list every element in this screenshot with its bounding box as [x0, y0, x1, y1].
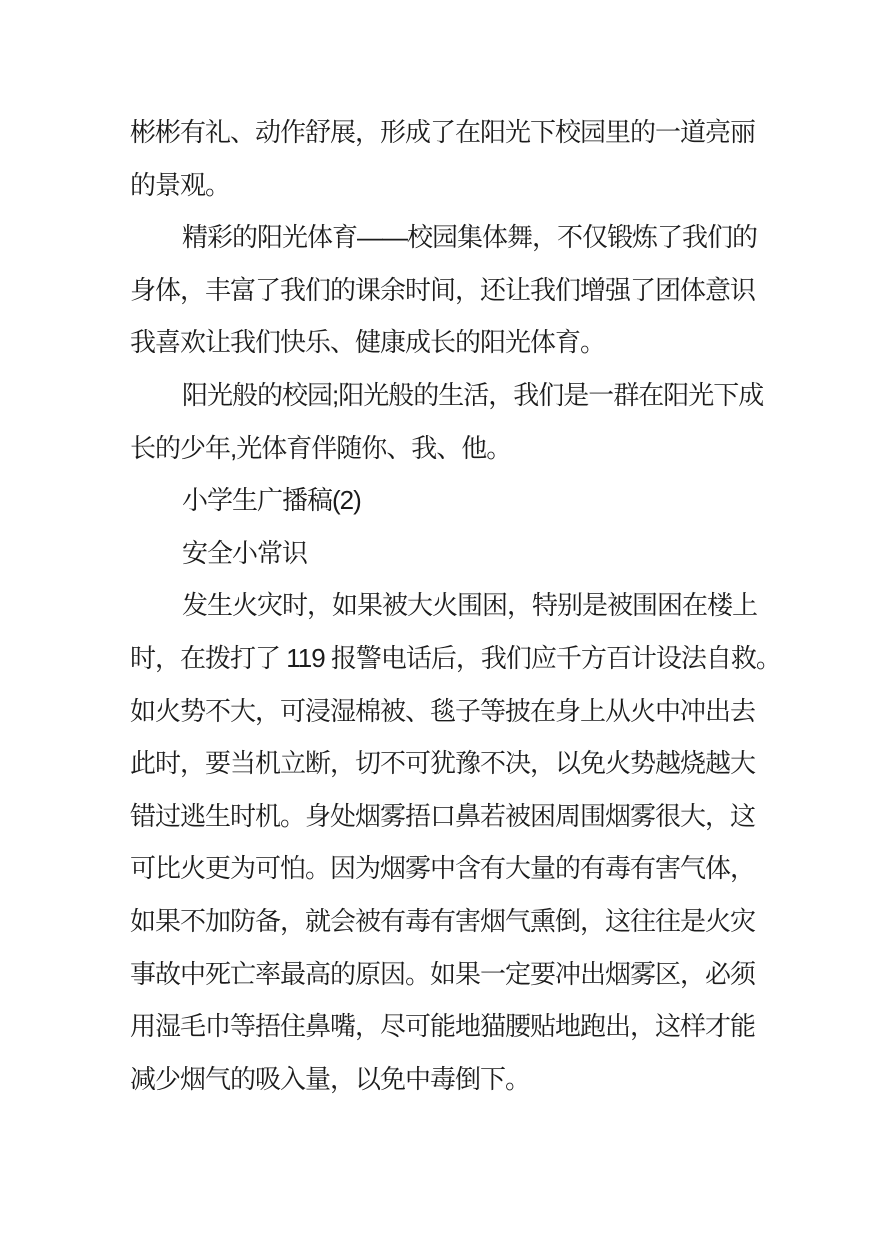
text-line: 彬彬有礼、动作舒展，形成了在阳光下校园里的一道亮丽 — [130, 106, 810, 159]
text-line: 如果不加防备，就会被有毒有害烟气熏倒，这往往是火灾 — [130, 895, 810, 948]
text-line: 此时，要当机立断，切不可犹豫不决，以免火势越烧越大 — [130, 737, 810, 790]
text-line: 精彩的阳光体育——校园集体舞，不仅锻炼了我们的 — [130, 211, 810, 264]
text-line: 可比火更为可怕。因为烟雾中含有大量的有毒有害气体， — [130, 842, 810, 895]
text-line: 事故中死亡率最高的原因。如果一定要冲出烟雾区，必须 — [130, 948, 810, 1001]
text-line: 如火势不大，可浸湿棉被、毯子等披在身上从火中冲出去 — [130, 685, 810, 738]
text-line: 发生火灾时，如果被大火围困，特别是被围困在楼上 — [130, 579, 810, 632]
text-line: 身体，丰富了我们的课余时间，还让我们增强了团体意识 — [130, 264, 810, 317]
text-line: 减少烟气的吸入量，以免中毒倒下。 — [130, 1053, 810, 1106]
text-line: 小学生广播稿(2) — [130, 474, 810, 527]
text-line: 我喜欢让我们快乐、健康成长的阳光体育。 — [130, 316, 810, 369]
text-line: 的景观。 — [130, 159, 810, 212]
document-page: 彬彬有礼、动作舒展，形成了在阳光下校园里的一道亮丽的景观。精彩的阳光体育——校园… — [0, 0, 884, 1250]
text-line: 安全小常识 — [130, 527, 810, 580]
text-line: 时，在拨打了 119 报警电话后，我们应千方百计设法自救。 — [130, 632, 810, 685]
text-line: 错过逃生时机。身处烟雾捂口鼻若被困周围烟雾很大，这 — [130, 790, 810, 843]
text-line: 长的少年,光体育伴随你、我、他。 — [130, 422, 810, 475]
document-body: 彬彬有礼、动作舒展，形成了在阳光下校园里的一道亮丽的景观。精彩的阳光体育——校园… — [130, 106, 810, 1105]
text-line: 用湿毛巾等捂住鼻嘴，尽可能地猫腰贴地跑出，这样才能 — [130, 1000, 810, 1053]
text-line: 阳光般的校园;阳光般的生活，我们是一群在阳光下成 — [130, 369, 810, 422]
